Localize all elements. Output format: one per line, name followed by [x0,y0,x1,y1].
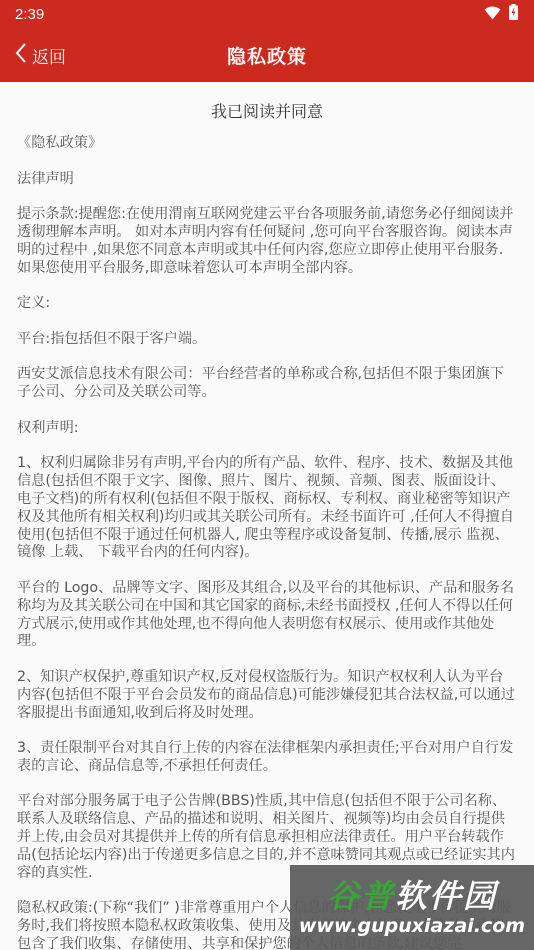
status-icons [484,4,518,24]
policy-paragraph: 平台:指包括但不限于客户端。 [17,331,517,349]
policy-paragraph: 平台的 Logo、品牌等文字、图形及其组合,以及平台的其他标识、产品和服务名称均… [17,580,517,651]
section-heading-rights: 权利声明: [17,420,517,438]
status-time: 2:39 [15,6,44,23]
policy-paragraph: 提示条款:提醒您:在使用渭南互联网党建云平台各项服务前,请您务必仔细阅读并透彻理… [17,206,517,277]
policy-title: 《隐私政策》 [17,135,517,153]
policy-body: 《隐私政策》 法律声明 提示条款:提醒您:在使用渭南互联网党建云平台各项服务前,… [0,135,534,950]
policy-paragraph: 西安艾派信息技术有限公司：平台经营者的单称或合称,包括但不限于集团旗下子公司、分… [17,366,517,402]
policy-paragraph: 2、知识产权保护,尊重知识产权,反对侵权盗版行为。知识产权权利人认为平台内容(包… [17,669,517,722]
status-bar: 2:39 [0,0,534,28]
section-heading-legal: 法律声明 [17,171,517,189]
policy-paragraph: 3、责任限制平台对其自行上传的内容在法律框架内承担责任;平台对用户自行发表的言论… [17,740,517,776]
wifi-icon [484,5,501,24]
back-button[interactable]: 返回 [14,28,66,82]
back-label: 返回 [32,43,66,68]
chevron-left-icon [14,42,28,69]
page-title: 隐私政策 [227,42,307,69]
agree-button[interactable]: 我已阅读并同意 [0,102,534,122]
watermark-overlay: 谷普软件园 www.gupuxiazai.com [290,865,534,950]
watermark-url: www.gupuxiazai.com [299,914,525,938]
battery-charging-icon [509,4,518,24]
section-heading-definition: 定义: [17,295,517,313]
watermark-logo-text: 谷普软件园 [327,878,497,914]
app-bar: 返回 隐私政策 [0,28,534,82]
policy-content[interactable]: 我已阅读并同意 《隐私政策》 法律声明 提示条款:提醒您:在使用渭南互联网党建云… [0,82,534,950]
policy-paragraph: 1、权利归属除非另有声明,平台内的所有产品、软件、程序、技术、数据及其他信息(包… [17,455,517,562]
